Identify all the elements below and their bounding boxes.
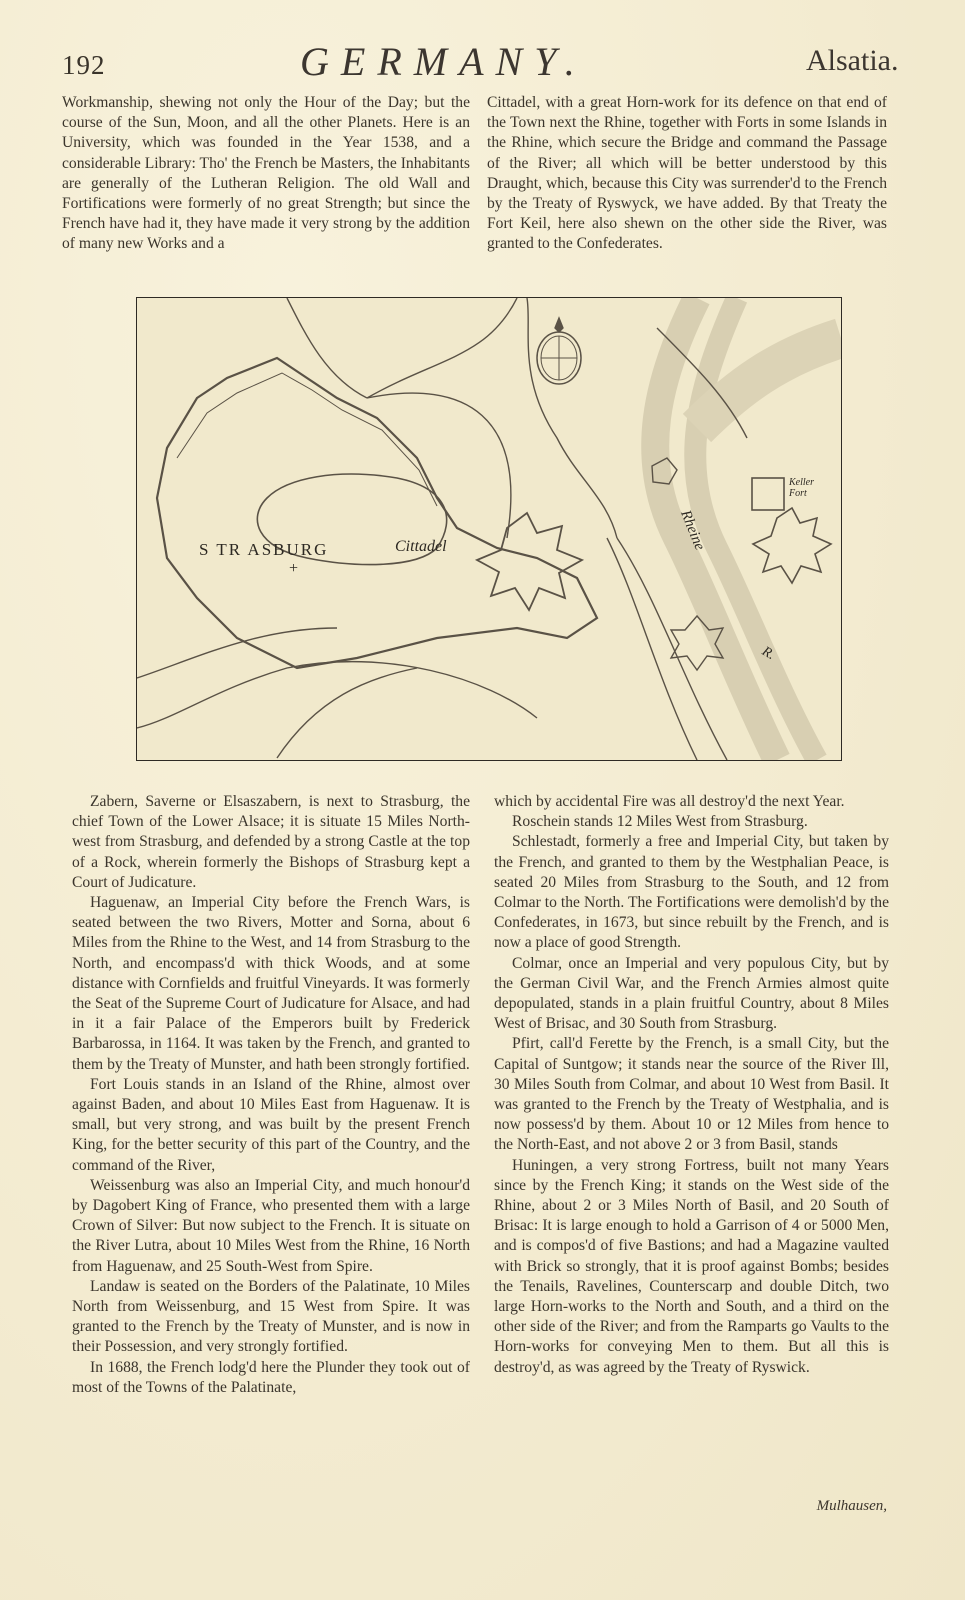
paragraph-1688: In 1688, the French lodg'd here the Plun… — [72, 1358, 470, 1398]
section-title: Alsatia. — [806, 44, 898, 78]
paragraph: Workmanship, shewing not only the Hour o… — [62, 93, 470, 255]
paragraph-schlestadt: Schlestadt, formerly a free and Imperial… — [494, 832, 889, 953]
paragraph-continuation: which by accidental Fire was all destroy… — [494, 792, 889, 812]
paragraph-colmar: Colmar, once an Imperial and very populo… — [494, 954, 889, 1035]
map-label-strasburg: S TR ASBURG — [199, 540, 328, 560]
bottom-left-column: Zabern, Saverne or Elsaszabern, is next … — [72, 792, 470, 1398]
top-left-column: Workmanship, shewing not only the Hour o… — [62, 93, 470, 255]
bottom-right-column: which by accidental Fire was all destroy… — [494, 792, 889, 1378]
map-label-fort: Keller Fort — [789, 477, 829, 499]
paragraph-landaw: Landaw is seated on the Borders of the P… — [72, 1277, 470, 1358]
paragraph-huningen: Huningen, a very strong Fortress, built … — [494, 1156, 889, 1378]
cross-icon: + — [289, 560, 298, 578]
map-label-citadel: Cittadel — [395, 538, 447, 556]
paragraph: Cittadel, with a great Horn-work for its… — [487, 93, 887, 255]
catchword: Mulhausen, — [817, 1498, 887, 1515]
running-title: GERMANY. — [300, 38, 587, 85]
page-number: 192 — [62, 50, 106, 81]
paragraph-haguenaw: Haguenaw, an Imperial City before the Fr… — [72, 893, 470, 1075]
map-engraving — [137, 298, 841, 760]
paragraph-zabern: Zabern, Saverne or Elsaszabern, is next … — [72, 792, 470, 893]
strasburg-map: S TR ASBURG + Cittadel Rheine Keller For… — [136, 297, 842, 761]
paragraph-weissenburg: Weissenburg was also an Imperial City, a… — [72, 1176, 470, 1277]
paragraph-fort-louis: Fort Louis stands in an Island of the Rh… — [72, 1075, 470, 1176]
paragraph-roschein: Roschein stands 12 Miles West from Stras… — [494, 812, 889, 832]
top-right-column: Cittadel, with a great Horn-work for its… — [487, 93, 887, 255]
paragraph-pfirt: Pfirt, call'd Ferette by the French, is … — [494, 1034, 889, 1155]
